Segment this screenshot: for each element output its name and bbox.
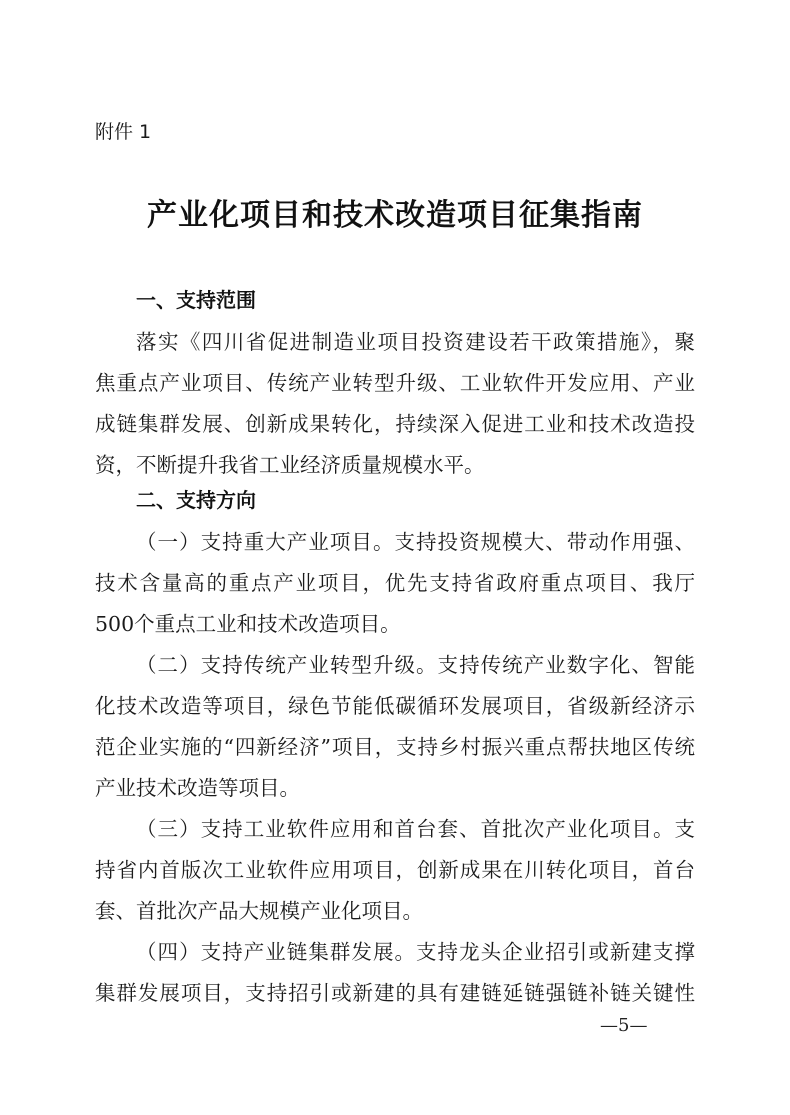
paragraph-line: 资，不断提升我省工业经济质量规模水平。 bbox=[95, 448, 695, 478]
section-heading-direction: 二、支持方向 bbox=[136, 484, 256, 513]
paragraph-line: 焦重点产业项目、传统产业转型升级、工业软件开发应用、产业 bbox=[95, 366, 695, 396]
attachment-label: 附件 1 bbox=[95, 117, 151, 144]
paragraph-line: 落实《四川省促进制造业项目投资建设若干政策措施》，聚 bbox=[136, 325, 695, 355]
section-heading-scope: 一、支持范围 bbox=[136, 284, 256, 313]
paragraph-line: 范企业实施的“四新经济”项目，支持乡村振兴重点帮扶地区传统 bbox=[95, 730, 695, 760]
paragraph-line: （三）支持工业软件应用和首台套、首批次产业化项目。支 bbox=[136, 812, 695, 842]
page-number: —5— bbox=[600, 1015, 647, 1036]
document-title: 产业化项目和技术改造项目征集指南 bbox=[0, 190, 790, 234]
paragraph-line: 产业技术改造等项目。 bbox=[95, 771, 695, 801]
paragraph-line: 持省内首版次工业软件应用项目，创新成果在川转化项目，首台 bbox=[95, 853, 695, 883]
document-page: 附件 1 产业化项目和技术改造项目征集指南 一、支持范围 落实《四川省促进制造业… bbox=[0, 0, 790, 1115]
paragraph-line: 集群发展项目，支持招引或新建的具有建链延链强链补链关键性 bbox=[95, 976, 695, 1006]
paragraph-line: 化技术改造等项目，绿色节能低碳循环发展项目，省级新经济示 bbox=[95, 689, 695, 719]
paragraph-line: 500个重点工业和技术改造项目。 bbox=[95, 607, 695, 637]
paragraph-line: （二）支持传统产业转型升级。支持传统产业数字化、智能 bbox=[136, 648, 695, 678]
paragraph-line: （一）支持重大产业项目。支持投资规模大、带动作用强、 bbox=[136, 525, 695, 555]
paragraph-line: 成链集群发展、创新成果转化，持续深入促进工业和技术改造投 bbox=[95, 407, 695, 437]
paragraph-line: 套、首批次产品大规模产业化项目。 bbox=[95, 894, 695, 924]
paragraph-line: 技术含量高的重点产业项目，优先支持省政府重点项目、我厅 bbox=[95, 566, 695, 596]
paragraph-line: （四）支持产业链集群发展。支持龙头企业招引或新建支撑 bbox=[136, 935, 695, 965]
